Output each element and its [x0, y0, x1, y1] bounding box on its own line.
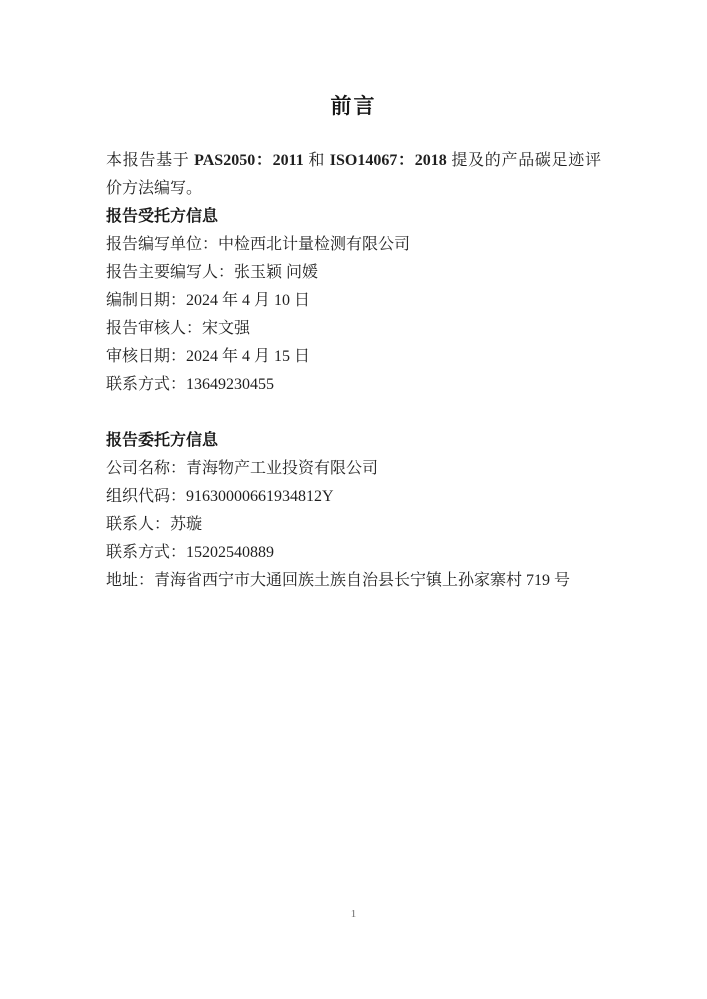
field-label: 组织代码： [106, 488, 186, 505]
page-title: 前言 [106, 91, 601, 121]
standard-reference-iso14067: ISO14067：2018 [330, 152, 447, 169]
intro-segment: 本报告基于 [106, 152, 194, 169]
field-label: 公司名称： [106, 460, 186, 477]
info-line-address: 地址：青海省西宁市大通回族土族自治县长宁镇上孙家寨村 719 号 [106, 567, 601, 595]
field-value: 91630000661934812Y [186, 488, 334, 505]
info-line-report-writing-unit: 报告编写单位：中检西北计量检测有限公司 [106, 231, 601, 259]
trustee-info-section: 报告受托方信息 报告编写单位：中检西北计量检测有限公司 报告主要编写人：张玉颖 … [106, 203, 601, 399]
info-line-compile-date: 编制日期：2024 年 4 月 10 日 [106, 287, 601, 315]
document-page: 前言 本报告基于 PAS2050：2011 和 ISO14067：2018 提及… [0, 0, 707, 999]
field-label: 地址： [106, 572, 154, 589]
field-value: 中检西北计量检测有限公司 [218, 236, 410, 253]
field-label: 报告主要编写人： [106, 264, 234, 281]
field-value: 张玉颖 问媛 [234, 264, 318, 281]
info-line-main-authors: 报告主要编写人：张玉颖 问媛 [106, 259, 601, 287]
trustee-section-heading: 报告受托方信息 [106, 203, 601, 231]
page-number: 1 [0, 906, 707, 922]
client-section-heading: 报告委托方信息 [106, 427, 601, 455]
intro-segment: 和 [304, 152, 330, 169]
client-info-section: 报告委托方信息 公司名称：青海物产工业投资有限公司 组织代码：916300006… [106, 427, 601, 595]
field-value: 苏璇 [170, 516, 202, 533]
field-value: 宋文强 [202, 320, 250, 337]
info-line-trustee-contact: 联系方式：13649230455 [106, 371, 601, 399]
field-label: 联系人： [106, 516, 170, 533]
info-line-review-date: 审核日期：2024 年 4 月 15 日 [106, 343, 601, 371]
field-label: 联系方式： [106, 376, 186, 393]
field-label: 报告审核人： [106, 320, 202, 337]
intro-paragraph: 本报告基于 PAS2050：2011 和 ISO14067：2018 提及的产品… [106, 147, 601, 203]
field-value: 青海省西宁市大通回族土族自治县长宁镇上孙家寨村 719 号 [154, 572, 570, 589]
standard-reference-pas2050: PAS2050：2011 [194, 152, 304, 169]
field-label: 编制日期： [106, 292, 186, 309]
field-label: 报告编写单位： [106, 236, 218, 253]
info-line-company-name: 公司名称：青海物产工业投资有限公司 [106, 455, 601, 483]
field-label: 联系方式： [106, 544, 186, 561]
field-value: 13649230455 [186, 376, 274, 393]
info-line-client-contact: 联系方式：15202540889 [106, 539, 601, 567]
field-value: 青海物产工业投资有限公司 [186, 460, 378, 477]
field-label: 审核日期： [106, 348, 186, 365]
field-value: 15202540889 [186, 544, 274, 561]
field-value: 2024 年 4 月 10 日 [186, 292, 310, 309]
info-line-report-reviewer: 报告审核人：宋文强 [106, 315, 601, 343]
field-value: 2024 年 4 月 15 日 [186, 348, 310, 365]
info-line-contact-person: 联系人：苏璇 [106, 511, 601, 539]
page-content: 前言 本报告基于 PAS2050：2011 和 ISO14067：2018 提及… [106, 91, 601, 595]
info-line-organization-code: 组织代码：91630000661934812Y [106, 483, 601, 511]
